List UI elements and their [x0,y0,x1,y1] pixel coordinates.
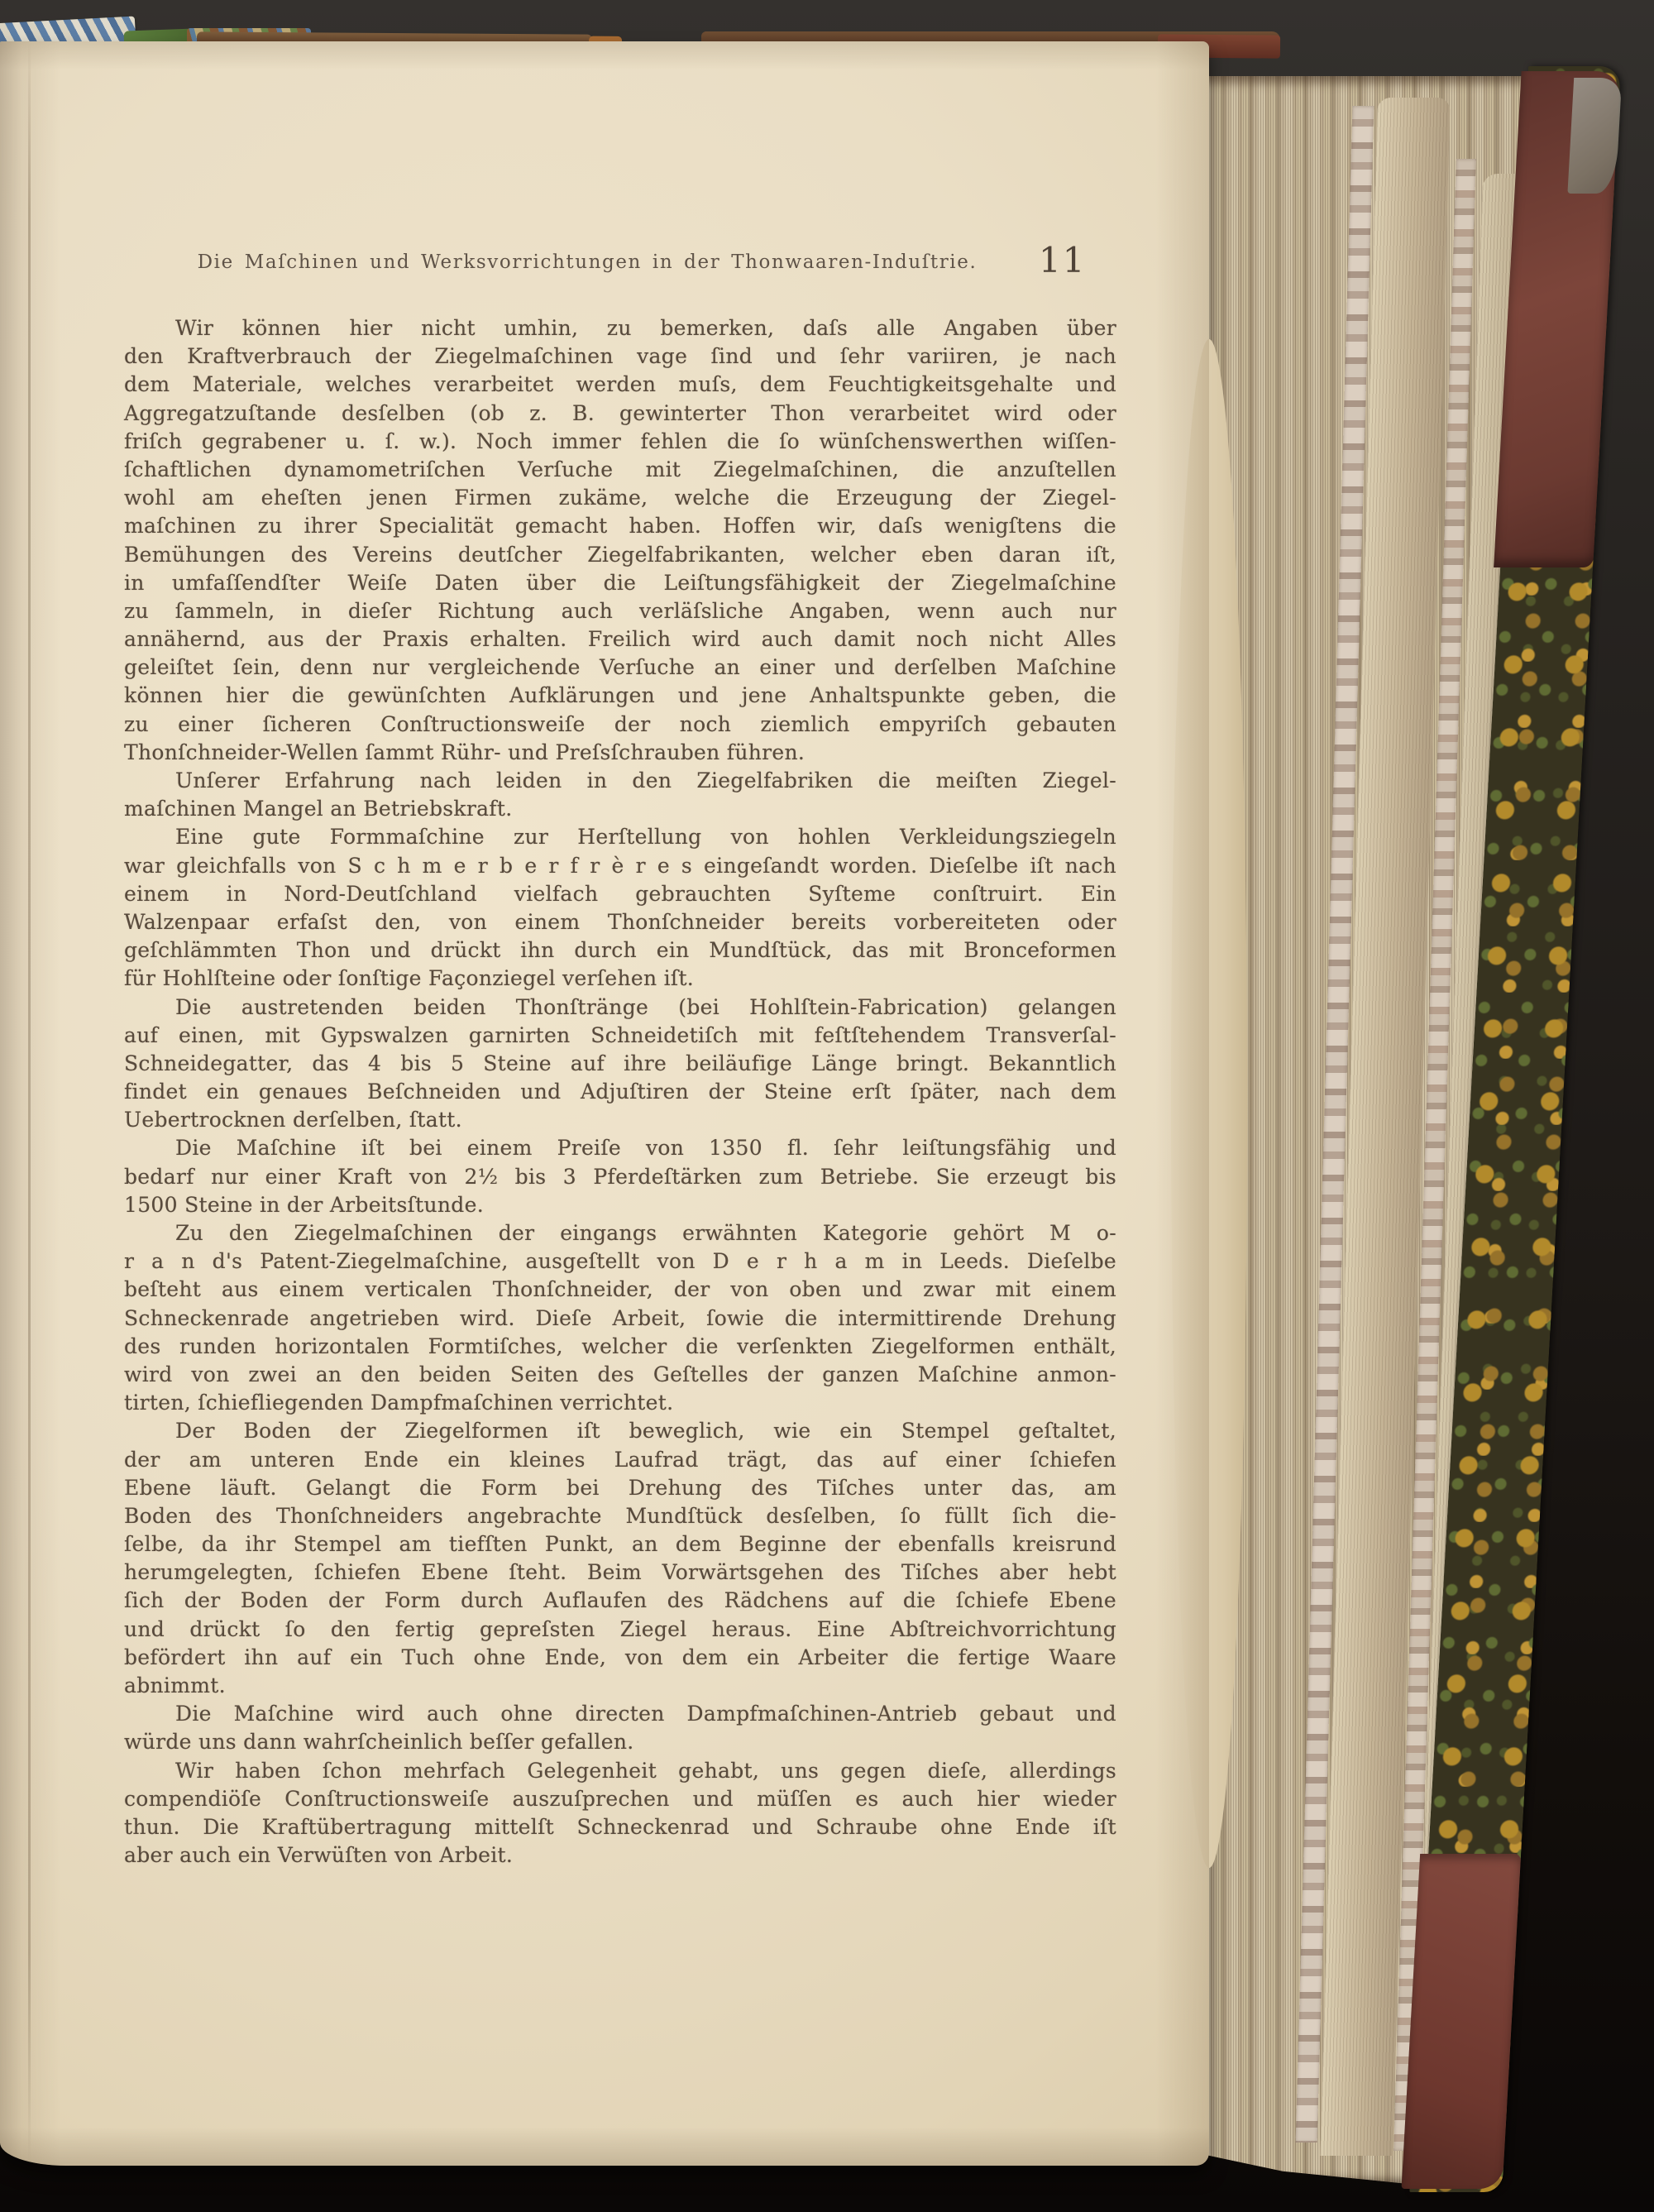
text-line: und drückt ſo den fertig gepreſsten Zieg… [124,1616,1116,1644]
text-line: beſteht aus einem verticalen Thonſchneid… [124,1276,1116,1304]
text-line: würde uns dann wahrſcheinlich beſſer gef… [124,1728,1116,1756]
text-line: Der Boden der Ziegelformen iſt beweglich… [124,1417,1116,1445]
text-line: Die Maſchine iſt bei einem Preiſe von 13… [124,1134,1116,1162]
text-line: bedarf nur einer Kraft von 2½ bis 3 Pfer… [124,1163,1116,1191]
paragraph: Zu den Ziegelmaſchinen der eingangs erwä… [124,1219,1116,1417]
text-line: wohl am eheſten jenen Firmen zukäme, wel… [124,484,1116,512]
text-line: abnimmt. [124,1672,1116,1700]
text-line: Unſerer Erfahrung nach leiden in den Zie… [124,767,1116,795]
text-line: maſchinen Mangel an Betriebskraft. [124,795,1116,823]
paragraph: Wir können hier nicht umhin, zu bemerken… [124,314,1116,767]
text-line: Die austretenden beiden Thonſtränge (bei… [124,993,1116,1022]
text-line: r a n d's Patent-Ziegelmaſchine, ausgeſt… [124,1247,1116,1276]
text-line: befördert ihn auf ein Tuch ohne Ende, vo… [124,1644,1116,1672]
text-line: zu einer ſicheren Conſtructionsweiſe der… [124,711,1116,739]
text-line: in umfaſſendſter Weiſe Daten über die Le… [124,569,1116,597]
text-line: geſchlämmten Thon und drückt ihn durch e… [124,936,1116,965]
text-line: annähernd, aus der Praxis erhalten. Frei… [124,625,1116,654]
text-line: thun. Die Kraftübertragung mittelſt Schn… [124,1813,1116,1841]
paragraph: Die Maſchine wird auch ohne directen Dam… [124,1700,1116,1756]
book-page: Die Maſchinen und Werksvorrichtungen in … [0,41,1209,2166]
text-line: findet ein genaues Beſchneiden und Adjuſ… [124,1078,1116,1106]
text-line: geleiſtet ſein, denn nur vergleichende V… [124,654,1116,682]
book-cover-leather-bottom [1402,1854,1522,2189]
text-line: Walzenpaar erfaſst den, von einem Thonſc… [124,908,1116,936]
text-line: Schneidegatter, das 4 bis 5 Steine auf i… [124,1050,1116,1078]
page-number: 11 [1039,240,1113,280]
photo-backdrop: Die Maſchinen und Werksvorrichtungen in … [0,0,1654,2212]
text-line: compendiöſe Conſtructionsweiſe auszuſpre… [124,1785,1116,1813]
text-line: Uebertrocknen derſelben, ſtatt. [124,1106,1116,1134]
text-line: den Kraftverbrauch der Ziegelmaſchinen v… [124,342,1116,371]
text-line: tirten, ſchiefliegenden Dampfmaſchinen v… [124,1389,1116,1417]
text-line: ſelbe, da ihr Stempel am tiefſten Punkt,… [124,1530,1116,1558]
text-line: der am unteren Ende ein kleines Laufrad … [124,1446,1116,1474]
text-line: ſchaftlichen dynamometriſchen Verſuche m… [124,456,1116,484]
text-line: Schneckenrade angetrieben wird. Dieſe Ar… [124,1305,1116,1333]
text-line: Die Maſchine wird auch ohne directen Dam… [124,1700,1116,1728]
text-line: auf einen, mit Gypswalzen garnirten Schn… [124,1022,1116,1050]
text-line: wird von zwei an den beiden Seiten des G… [124,1361,1116,1389]
text-line: 1500 Steine in der Arbeitsſtunde. [124,1191,1116,1219]
text-line: Wir können hier nicht umhin, zu bemerken… [124,314,1116,342]
text-line: Boden des Thonſchneiders angebrachte Mun… [124,1502,1116,1530]
text-line: Eine gute Formmaſchine zur Herſtellung v… [124,823,1116,851]
text-line: aber auch ein Verwüſten von Arbeit. [124,1841,1116,1870]
page-edge-bulge [1171,339,1247,1869]
text-line: herumgelegten, ſchiefen Ebene ſteht. Bei… [124,1558,1116,1587]
text-line: Aggregatzuſtande desſelben (ob z. B. gew… [124,400,1116,428]
text-line: war gleichfalls von S c h m e r b e r f … [124,852,1116,880]
text-block: Wir können hier nicht umhin, zu bemerken… [124,314,1116,1870]
text-line: des runden horizontalen Formtiſches, wel… [124,1333,1116,1361]
text-line: Wir haben ſchon mehrfach Gelegenheit geh… [124,1757,1116,1785]
text-line: Bemühungen des Vereins deutſcher Ziegelf… [124,541,1116,569]
paragraph: Die Maſchine iſt bei einem Preiſe von 13… [124,1134,1116,1219]
gutter-crease [28,41,31,2166]
running-title: Die Maſchinen und Werksvorrichtungen in … [124,251,1050,273]
text-line: können hier die gewünſchten Aufklärungen… [124,682,1116,710]
paragraph: Der Boden der Ziegelformen iſt beweglich… [124,1417,1116,1700]
paragraph: Eine gute Formmaſchine zur Herſtellung v… [124,823,1116,993]
text-line: ſich der Boden der Form durch Auflaufen … [124,1587,1116,1615]
paragraph: Wir haben ſchon mehrfach Gelegenheit geh… [124,1757,1116,1870]
text-line: für Hohlſteine oder ſonſtige Façonziegel… [124,965,1116,993]
text-line: zu ſammeln, in dieſer Richtung auch verl… [124,597,1116,625]
paragraph: Die austretenden beiden Thonſtränge (bei… [124,993,1116,1135]
text-line: Thonſchneider-Wellen ſammt Rühr- und Pre… [124,739,1116,767]
paragraph: Unſerer Erfahrung nach leiden in den Zie… [124,767,1116,823]
text-line: einem in Nord-Deutſchland vielfach gebra… [124,880,1116,908]
text-line: friſch gegrabener u. ſ. w.). Noch immer … [124,428,1116,456]
text-line: Ebene läuft. Gelangt die Form bei Drehun… [124,1474,1116,1502]
text-line: maſchinen zu ihrer Specialität gemacht h… [124,512,1116,540]
text-line: dem Materiale, welches verarbeitet werde… [124,371,1116,399]
text-line: Zu den Ziegelmaſchinen der eingangs erwä… [124,1219,1116,1247]
